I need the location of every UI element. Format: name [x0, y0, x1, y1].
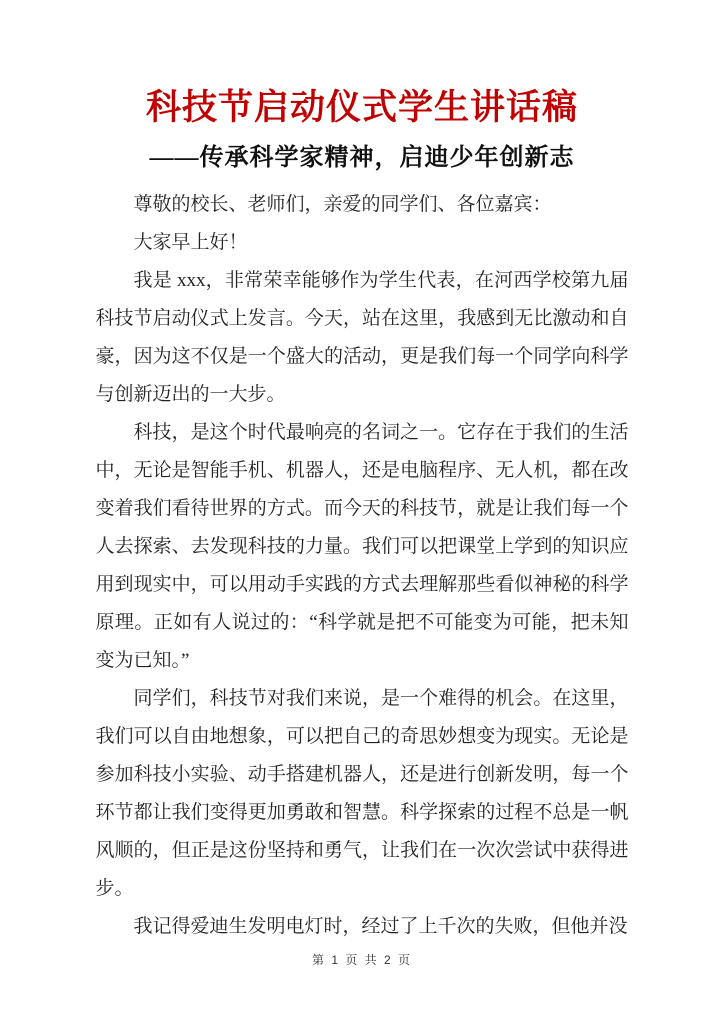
page-number-footer: 第 1 页 共 2 页 — [0, 952, 724, 968]
paragraph-technology: 科技，是这个时代最响亮的名词之一。它存在于我们的生活中，无论是智能手机、机器人，… — [96, 414, 629, 680]
document-body: 尊敬的校长、老师们，亲爱的同学们、各位嘉宾： 大家早上好！ 我是 xxx，非常荣… — [96, 186, 629, 946]
document-subtitle: ——传承科学家精神，启迪少年创新志 — [0, 143, 724, 173]
paragraph-salutation: 大家早上好！ — [96, 224, 629, 262]
document-page: 科技节启动仪式学生讲话稿 ——传承科学家精神，启迪少年创新志 尊敬的校长、老师们… — [0, 0, 724, 1024]
paragraph-opportunity: 同学们，科技节对我们来说，是一个难得的机会。在这里，我们可以自由地想象，可以把自… — [96, 680, 629, 908]
paragraph-introduction: 我是 xxx，非常荣幸能够作为学生代表，在河西学校第九届科技节启动仪式上发言。今… — [96, 262, 629, 414]
paragraph-greeting: 尊敬的校长、老师们，亲爱的同学们、各位嘉宾： — [96, 186, 629, 224]
paragraph-edison: 我记得爱迪生发明电灯时，经过了上千次的失败，但他并没 — [96, 908, 629, 946]
document-title: 科技节启动仪式学生讲话稿 — [0, 86, 724, 129]
